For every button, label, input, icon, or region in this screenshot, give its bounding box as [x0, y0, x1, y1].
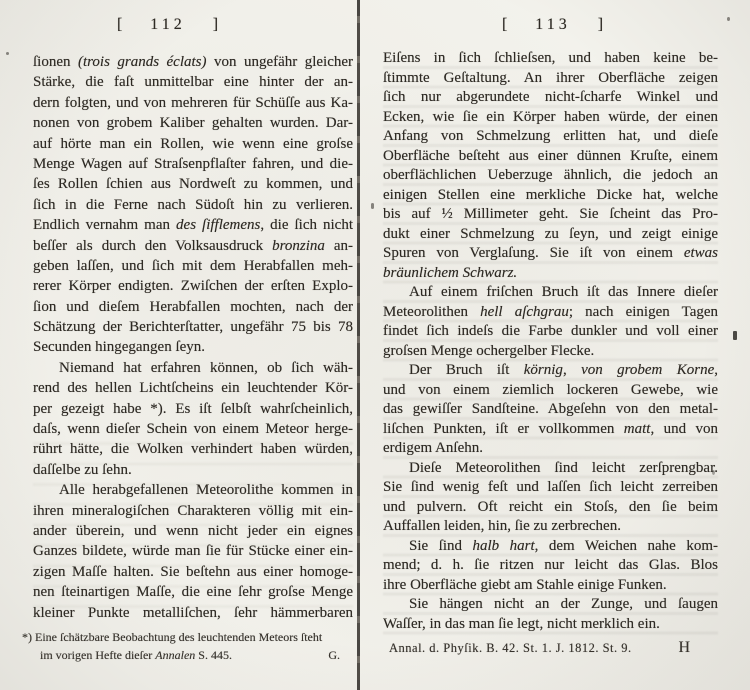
text-line: Menge Wagen auf Straſsenpflaſter fahren,… — [33, 154, 353, 174]
text-line: Ganzes bildete, würde man ſie für Stücke… — [33, 541, 353, 561]
text-line: zigen Maſſe halten. Sie beſtehn aus eine… — [33, 562, 353, 582]
text-line: rührt hätte, die Wolken verhindert haben… — [33, 439, 353, 459]
text-line: ihren mineralogiſchen Charakteren völlig… — [33, 501, 353, 521]
text-line: nonen von grobem Kaliber gehalten wurden… — [33, 113, 353, 133]
footnote-line: im vorigen Hefte dieſer Annalen S. 445. — [40, 647, 232, 665]
text-line: oberflächlichen Ueberzuge ähnlich, die j… — [383, 166, 718, 186]
text-line: Auf einem friſchen Bruch iſt das Innere … — [383, 283, 718, 303]
signature-mark: H — [678, 639, 690, 657]
footnote-editor-initial: G. — [328, 647, 340, 665]
text-line: rerer Körper endigten. Zwiſchen der erſt… — [33, 276, 353, 296]
scan-speck — [733, 331, 737, 340]
text-line: per gezeigt habe *). Es iſt ſelbſt wahrſ… — [33, 399, 353, 419]
text-line: findet ſich indeſs die Farbe dunkler und… — [383, 322, 718, 342]
text-line: Spuren von Verglaſung. Sie iſt von einem… — [383, 244, 718, 264]
bracket-close: ] — [213, 16, 219, 34]
journal-signature-line: Annal. d. Phyſik. B. 42. St. 1. J. 1812.… — [383, 639, 718, 657]
text-line: Sie ſind wenig feſt und laſſen ſich leic… — [383, 478, 718, 498]
text-line: ſes Rollen ſchien aus Nordweſt zu kommen… — [33, 174, 353, 194]
text-column-left: ſionen (trois grands éclats) von ungefäh… — [33, 52, 353, 623]
text-line: daſs, wenn dieſer Schein von einem Meteo… — [33, 419, 353, 439]
text-line: nen ſteinartigen Maſſe, die eine ſehr gr… — [33, 582, 353, 602]
journal-imprint: Annal. d. Phyſik. B. 42. St. 1. J. 1812.… — [383, 641, 632, 656]
text-line: Oberfläche beſteht aus einer dünnen Kruſ… — [383, 147, 718, 167]
text-line: Stärke, die faſt unmittelbar eine hinter… — [33, 72, 353, 92]
text-line: Der Bruch iſt körnig, von grobem Korne, — [383, 361, 718, 381]
text-line: Waſſer, in das man ſie legt, nicht merkl… — [383, 615, 718, 635]
text-line: auf hörte man ein Rollen, wie wenn eine … — [33, 134, 353, 154]
text-line: ſtimmte Geſtaltung. An ihrer Oberfläche … — [383, 69, 718, 89]
scan-speck — [6, 52, 9, 55]
text-line: bräunlichem Schwarz. — [383, 264, 718, 284]
text-line: ihre Oberfläche giebt am Stahle einige F… — [383, 576, 718, 596]
text-line: groſsen Menge ochergelber Flecke. — [383, 342, 718, 362]
text-line: Niemand hat erfahren können, ob ſich wäh… — [33, 358, 353, 378]
scan-speck — [371, 203, 374, 209]
text-line: ſich in die Ferne nach Südoſt hin zu ver… — [33, 195, 353, 215]
scan-speck — [727, 17, 730, 21]
text-line: bis auf ½ Millimeter geht. Sie ſcheint d… — [383, 205, 718, 225]
page-gutter-line — [357, 0, 360, 690]
text-line: Endlich vernahm man des ſifflemens, die … — [33, 215, 353, 235]
text-line: geben laſſen, und ſich mit dem Herabfall… — [33, 256, 353, 276]
text-line: dukt einer Schmelzung zu ſeyn, und zeigt… — [383, 225, 718, 245]
text-line: daſſelbe zu ſehn. — [33, 460, 353, 480]
page-header-right: [ 113 ] — [388, 16, 718, 34]
text-line: beſſer als durch den Volksausdruck bronz… — [33, 236, 353, 256]
text-line: liſchen Punkten, iſt er vollkommen matt,… — [383, 420, 718, 440]
text-line: Auffallen leiden, hin, ſie zu zerbrechen… — [383, 517, 718, 537]
text-line: und von einem ziemlich lockeren Gewebe, … — [383, 381, 718, 401]
text-line: Sie hängen nicht an der Zunge, und ſauge… — [383, 595, 718, 615]
footnote: *) Eine ſchätzbare Beobachtung des leuch… — [22, 629, 354, 664]
text-line: rend des hellen Lichtſcheins ein leuchte… — [33, 378, 353, 398]
text-line: das gewiſſer Sandſteine. Abgeſehn von de… — [383, 400, 718, 420]
text-line: Eiſens in ſich ſchlieſsen, und haben kei… — [383, 49, 718, 69]
page-number-113: 113 — [535, 16, 570, 34]
text-line: Schätzung der Berichterſtatter, ungefähr… — [33, 317, 353, 337]
text-line: Alle herabgefallenen Meteorolithe kommen… — [33, 480, 353, 500]
text-line: ſion und dieſem Herabfallen mochten, nac… — [33, 297, 353, 317]
text-column-right: Eiſens in ſich ſchlieſsen, und haben kei… — [383, 49, 718, 634]
text-line: Secunden hingegangen ſeyn. — [33, 337, 353, 357]
text-line: mend; d. h. ſie ritzen nur leicht das Gl… — [383, 556, 718, 576]
text-line: Anfang von Schmelzung erlitten hat, und … — [383, 127, 718, 147]
book-scan: [ 112 ] ſionen (trois grands éclats) von… — [0, 0, 750, 690]
footnote-line: *) Eine ſchätzbare Beobachtung des leuch… — [22, 629, 354, 647]
text-line: kleiner Punkte metalliſchen, ſehr hämmer… — [33, 603, 353, 623]
text-line: ander überein, und wenn nicht jeder ein … — [33, 521, 353, 541]
text-line: Dieſe Meteorolithen ſind leicht zerſpren… — [383, 459, 718, 479]
bracket-open: [ — [117, 16, 123, 34]
text-line: dern folgten, und von mehreren für Schüſ… — [33, 93, 353, 113]
text-line: einigen Stellen eine merkliche Dicke hat… — [383, 186, 718, 206]
text-line: ſich nur abgerundete nicht-ſcharfe Winke… — [383, 88, 718, 108]
text-line: Ecken, wie ſie ein Körper haben würde, d… — [383, 108, 718, 128]
page-header-left: [ 112 ] — [33, 16, 303, 34]
bracket-open: [ — [502, 16, 508, 34]
page-number-112: 112 — [150, 16, 185, 34]
text-line: Sie ſind halb hart, dem Weichen nahe kom… — [383, 537, 718, 557]
bracket-close: ] — [598, 16, 604, 34]
text-line: ſionen (trois grands éclats) von ungefäh… — [33, 52, 353, 72]
text-line: Meteorolithen hell aſchgrau; nach einige… — [383, 303, 718, 323]
text-line: erdigem Anſehn. — [383, 439, 718, 459]
text-line: und pulvern. Oft reicht ein Stoſs, den ſ… — [383, 498, 718, 518]
